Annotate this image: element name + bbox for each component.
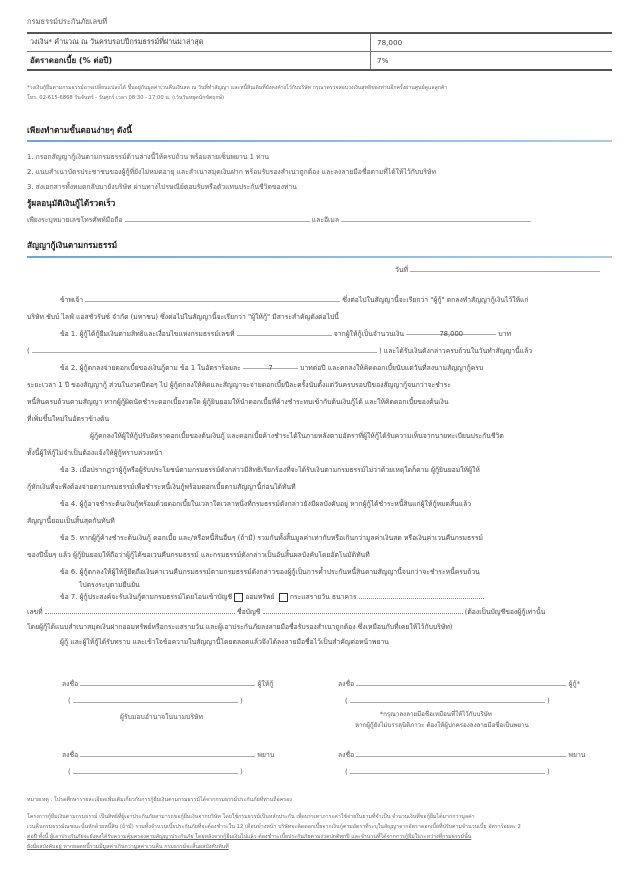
amount-in-words-input[interactable] bbox=[32, 344, 377, 353]
date-input[interactable] bbox=[410, 263, 600, 272]
current-account-label: กระแสรายวัน bbox=[290, 593, 330, 601]
lender-name-row: ( ) bbox=[68, 694, 243, 705]
bank-input[interactable] bbox=[359, 590, 484, 599]
open-paren: ( bbox=[27, 347, 30, 355]
date-label: วันที่ bbox=[395, 266, 408, 274]
loan-summary-table: วงเงิน* คำนวณ ณ วันครบรอบปีกรมธรรม์ที่ผ่… bbox=[27, 32, 612, 71]
clause-text: ข้อ 1. ผู้กู้ได้กู้ยืมเงินตามสิทธิและเงื… bbox=[60, 330, 234, 338]
savings-account-label: ออมทรัพย์ bbox=[245, 593, 274, 601]
bank-label: ธนาคาร bbox=[332, 593, 357, 601]
footer-line: ต่อปี ทั้งนี้ ผู้เอาประกันภัยจะยังคงได้ร… bbox=[27, 832, 617, 842]
table-bottom-rule bbox=[27, 69, 612, 71]
contact-row: เพียงระบุหมายเลขโทรศัพท์มือถือ และอีเมล bbox=[27, 213, 531, 225]
witness-role: พยาน bbox=[569, 751, 586, 759]
witness1-signature: ลงชื่อ พยาน bbox=[62, 748, 274, 760]
borrower-name-input[interactable] bbox=[350, 694, 545, 703]
quick-approval-title: รู้ผลอนุมัติเงินกู้ได้รวดเร็ว bbox=[27, 197, 115, 210]
witness-role: พยาน bbox=[258, 751, 275, 759]
clause-text: โดยผู้กู้ได้แนบสำเนาสมุดเงินฝากออมทรัพย์… bbox=[27, 620, 617, 635]
witness2-name-row: ( ) bbox=[345, 765, 550, 776]
currency-label: บาท bbox=[498, 330, 511, 338]
interest-rate-value: 7 bbox=[268, 364, 272, 372]
section-divider bbox=[27, 256, 612, 258]
borrower-signature: ลงชื่อ ผู้กู้* bbox=[338, 677, 580, 689]
clause-text: ของปีนั้นๆ แล้ว ผู้กู้ยินยอมให้ถือว่าผู้… bbox=[27, 547, 617, 564]
borrower-note: หากผู้กู้ยังไม่บรรลุนิติภาวะ ต้องให้ผู้ป… bbox=[355, 720, 529, 730]
clause-text: ข้อ 7. ผู้กู้ประสงค์จะรับเงินกู้ตามกรมธร… bbox=[60, 593, 232, 601]
email-label: และอีเมล bbox=[312, 216, 339, 224]
witness2-signature-input[interactable] bbox=[356, 748, 566, 757]
contract-header: สัญญากู้เงินตามกรมธรรม์ bbox=[27, 239, 612, 258]
step-item: 1. กรอกสัญญากู้เงินตามกรมธรรม์ด้านล่างนี… bbox=[27, 150, 436, 165]
authorized-label: ผู้รับมอบอำนาจในนามบริษัท bbox=[120, 711, 203, 722]
clause-text: หนี้สินครบถ้วนตามสัญญา หากผู้กู้ผิดนัดชำ… bbox=[27, 394, 617, 411]
step-item: 2. แนบสำเนาบัตรประชาชนของผู้กู้ที่ยังไม่… bbox=[27, 165, 436, 180]
clause-1: ข้อ 1. ผู้กู้ได้กู้ยืมเงินตามสิทธิและเงื… bbox=[27, 326, 617, 343]
step-item: 3. ส่งเอกสารทั้งหมดกลับมายังบริษัท ผ่านท… bbox=[27, 180, 436, 195]
account-number-input[interactable] bbox=[45, 605, 235, 614]
sign-label: ลงชื่อ bbox=[62, 680, 78, 688]
loan-amount-value: 78,000 bbox=[439, 330, 463, 338]
account-row: เลขที่ ชื่อบัญชี (ต้องเป็นบัญชีของผู้กู้… bbox=[27, 605, 617, 620]
borrower-signature-input[interactable] bbox=[356, 677, 566, 686]
savings-account-checkbox[interactable] bbox=[234, 593, 243, 602]
footer-line: โครงการกู้ยืมเงินตามกรมธรรม์ เป็นสิทธิที… bbox=[27, 812, 617, 822]
loan-amount-field[interactable]: 78,000 bbox=[406, 326, 496, 335]
contract-body: ข้าพเจ้า ซึ่งต่อไปในสัญญานี้จะเรียกว่า "… bbox=[27, 292, 617, 650]
borrower-suffix: ซึ่งต่อไปในสัญญานี้จะเรียกว่า "ผู้กู้" ต… bbox=[342, 296, 528, 304]
lender-name-input[interactable] bbox=[73, 694, 238, 703]
clause-text: จากผู้ให้กู้เป็นจำนวนเงิน bbox=[334, 330, 404, 338]
lender-signature-input[interactable] bbox=[80, 677, 255, 686]
clause-text: ข้อ 2. ผู้กู้ตกลงจ่ายดอกเบี้ยของเงินกู้ต… bbox=[60, 364, 241, 372]
account-name-input[interactable] bbox=[263, 605, 463, 614]
note-line: *วงเงินกู้ยืมตามกรมธรรม์อาจเปลี่ยนแปลงได… bbox=[27, 83, 617, 93]
clause-4: ข้อ 4. ผู้กู้อาจชำระต้นเงินกู้พร้อมด้วยด… bbox=[27, 496, 617, 513]
witness2-name-input[interactable] bbox=[350, 765, 545, 774]
clause-6: ข้อ 6. ผู้กู้ตกลงให้ผู้ให้กู้ยึดถือเงินค… bbox=[27, 564, 617, 581]
clause-text: ไปตรงระบุตามยืนยัน bbox=[27, 581, 617, 590]
steps-title: เพียงทำตามขั้นตอนง่ายๆ ดังนี้ bbox=[27, 124, 612, 137]
lender-line: บริษัท ชับบ์ ไลฟ์ แอสชัวรันซ์ จำกัด (มหา… bbox=[27, 309, 617, 326]
account-name-label: ชื่อบัญชี bbox=[237, 608, 260, 616]
account-number-label: เลขที่ bbox=[27, 608, 43, 616]
clause-5: ข้อ 5. หากผู้กู้ค้างชำระต้นเงินกู้ ดอกเบ… bbox=[27, 530, 617, 547]
section-divider bbox=[27, 140, 612, 142]
footer-line: ยังมีผลบังคับอยู่ หากยอดหนี้รวมมีมูลค่าเ… bbox=[27, 842, 617, 852]
clause-1-words: ( ) และได้รับเงินดังกล่าวครบถ้วนในวันทำส… bbox=[27, 343, 617, 360]
clause-7: ข้อ 7. ผู้กู้ประสงค์จะรับเงินกู้ตามกรมธร… bbox=[27, 590, 617, 605]
footer-line: เวนคืนกรมธรรม์ณขณะนั้นหักด้วยหนี้สิน (ถ้… bbox=[27, 822, 617, 832]
sign-label: ลงชื่อ bbox=[338, 751, 354, 759]
sign-label: ลงชื่อ bbox=[62, 751, 78, 759]
clause-text: กู้หักเงินที่จะพึงต้องจ่ายตามกรมธรรม์เพื… bbox=[27, 479, 617, 496]
email-input[interactable] bbox=[341, 213, 531, 222]
table-row: อัตราดอกเบี้ย (% ต่อปี) 7% bbox=[27, 52, 612, 69]
borrower-line: ข้าพเจ้า ซึ่งต่อไปในสัญญานี้จะเรียกว่า "… bbox=[27, 292, 617, 309]
borrower-prefix: ข้าพเจ้า bbox=[60, 296, 83, 304]
borrower-note: *กรุณาลงลายมือชื่อเหมือนที่ให้ไว้กับบริษ… bbox=[380, 709, 492, 719]
interest-rate-field[interactable]: 7 bbox=[243, 360, 298, 369]
borrower-role: ผู้กู้* bbox=[569, 680, 581, 688]
clause-text: ผู้กู้ตกลงให้ผู้ให้กู้ปรับอัตราดอกเบี้ยข… bbox=[27, 428, 617, 445]
witness1-name-row: ( ) bbox=[68, 765, 243, 776]
witness1-name-input[interactable] bbox=[73, 765, 238, 774]
contract-title: สัญญากู้เงินตามกรมธรรม์ bbox=[27, 239, 612, 252]
date-row: วันที่ bbox=[395, 262, 600, 279]
current-account-checkbox[interactable] bbox=[279, 593, 288, 602]
policy-number-input[interactable] bbox=[237, 327, 332, 336]
credit-limit-value: 78,000 bbox=[371, 38, 402, 47]
clause-2: ข้อ 2. ผู้กู้ตกลงจ่ายดอกเบี้ยของเงินกู้ต… bbox=[27, 360, 617, 377]
credit-limit-note: *วงเงินกู้ยืมตามกรมธรรม์อาจเปลี่ยนแปลงได… bbox=[27, 83, 617, 103]
footer-body: โครงการกู้ยืมเงินตามกรมธรรม์ เป็นสิทธิที… bbox=[27, 812, 617, 852]
sign-label: ลงชื่อ bbox=[338, 680, 354, 688]
witness1-signature-input[interactable] bbox=[80, 748, 255, 757]
clause-3: ข้อ 3. เมื่อปรากฏว่าผู้กู้หรือผู้รับประโ… bbox=[27, 462, 617, 479]
note-line: โทร. 02-615-6868 วันจันทร์ - วันศุกร์ เว… bbox=[27, 93, 617, 103]
phone-input[interactable] bbox=[125, 213, 310, 222]
clause-text: บาทต่อปี และตกลงให้คิดดอกเบี้ยนับแต่วันท… bbox=[300, 364, 483, 372]
clause-text: ทั้งนี้ผู้ให้กู้ไม่จำเป็นต้องแจ้งให้ผู้ก… bbox=[27, 445, 617, 462]
borrower-name-row: ( ) bbox=[345, 694, 550, 705]
closing-statement: ผู้กู้ และผู้ให้กู้ได้รับทราบ และเข้าใจข… bbox=[27, 635, 617, 650]
clause-text: ระยะเวลา 1 ปี ของสัญญากู้ ส่วนในงวดปีต่อ… bbox=[27, 377, 617, 394]
interest-rate-label: อัตราดอกเบี้ย (% ต่อปี) bbox=[27, 52, 371, 69]
phone-label: เพียงระบุหมายเลขโทรศัพท์มือถือ bbox=[27, 216, 122, 224]
steps-section: เพียงทำตามขั้นตอนง่ายๆ ดังนี้ bbox=[27, 124, 612, 142]
table-row: วงเงิน* คำนวณ ณ วันครบรอบปีกรมธรรม์ที่ผ่… bbox=[27, 34, 612, 52]
clause-text: สัญญานี้ย่อมเป็นสิ้นสุดกันทันที bbox=[27, 513, 617, 530]
clause-text: ) และได้รับเงินดังกล่าวครบถ้วนในวันทำสัญ… bbox=[379, 347, 532, 355]
lender-role: ผู้ให้กู้ bbox=[258, 680, 274, 688]
lender-signature: ลงชื่อ ผู้ให้กู้ bbox=[62, 677, 273, 689]
policy-number-label: กรมธรรม์ประกันภัยเลขที่ bbox=[27, 16, 107, 28]
clause-text: ที่เพิ่มขึ้นใหม่ในอัตราข้างต้น bbox=[27, 411, 617, 428]
credit-limit-label: วงเงิน* คำนวณ ณ วันครบรอบปีกรมธรรม์ที่ผ่… bbox=[27, 34, 371, 51]
footer-remark: หมายเหตุ : โปรดศึกษารายละเอียดเพิ่มเติมเ… bbox=[27, 795, 292, 805]
borrower-name-input[interactable] bbox=[85, 293, 340, 302]
interest-rate-value: 7% bbox=[371, 56, 388, 65]
clause-text: (ต้องเป็นบัญชีของผู้กู้เท่านั้น bbox=[465, 608, 546, 616]
witness2-signature: ลงชื่อ พยาน bbox=[338, 748, 585, 760]
steps-list: 1. กรอกสัญญากู้เงินตามกรมธรรม์ด้านล่างนี… bbox=[27, 150, 436, 195]
